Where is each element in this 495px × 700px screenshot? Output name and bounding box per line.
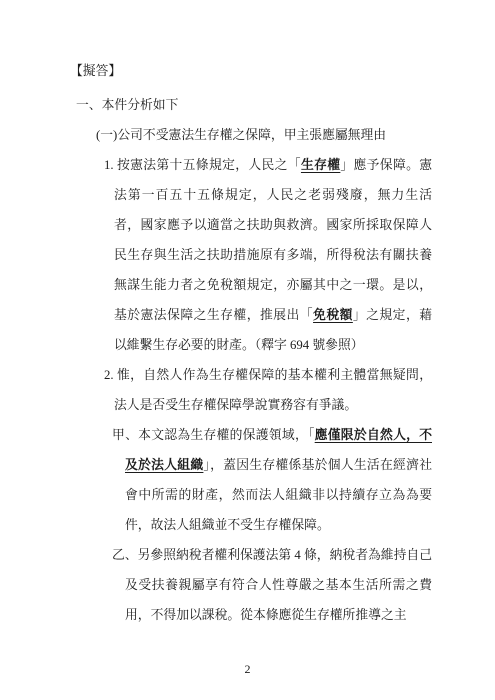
sub-item-jia-text: 本文認為生存權的保護領域，「 — [138, 428, 315, 442]
document-content: 【擬答】 一、本件分析如下 (一)公司不受憲法生存權之保障，甲主張應屬無理由 1… — [0, 56, 432, 630]
document-page: 【擬答】 一、本件分析如下 (一)公司不受憲法生存權之保障，甲主張應屬無理由 1… — [0, 0, 495, 700]
section-title: 本件分析如下 — [102, 98, 179, 112]
list-item-2: 2.惟，自然人作為生存權保障的基本權利主體當無疑問，法人是否受生存權保障學說實務… — [0, 360, 432, 420]
answer-heading: 【擬答】 — [0, 56, 432, 86]
sub-item-jia-label: 甲、 — [112, 428, 138, 442]
section-heading: 一、本件分析如下 — [0, 90, 432, 120]
subsection-label: (一) — [96, 128, 117, 142]
sub-item-jia: 甲、本文認為生存權的保護領域，「應僅限於自然人，不及於法人組織」，蓋因生存權係基… — [0, 420, 432, 540]
emphasized-term-right-to-life: 生存權 — [301, 158, 340, 172]
item-1-number: 1. — [104, 158, 114, 172]
item-2-number: 2. — [104, 368, 114, 382]
section-label: 一、 — [76, 98, 102, 112]
item-1-text: 」應予保障。憲法第一百五十五條規定，人民之老弱殘廢，無力生活者，國家應予以適當之… — [114, 158, 432, 322]
subsection-heading: (一)公司不受憲法生存權之保障，甲主張應屬無理由 — [0, 120, 432, 150]
list-item-1: 1.按憲法第十五條規定，人民之「生存權」應予保障。憲法第一百五十五條規定，人民之… — [0, 150, 432, 360]
item-1-text: 按憲法第十五條規定，人民之「 — [117, 158, 301, 172]
sub-item-yi-label: 乙、 — [112, 548, 138, 562]
item-2-text: 惟，自然人作為生存權保障的基本權利主體當無疑問，法人是否受生存權保障學說實務容有… — [114, 368, 432, 412]
sub-item-yi-text: 另參照納稅者權利保護法第 4 條，納稅者為維持自己及受扶養親屬享有符合人性尊嚴之… — [125, 548, 432, 622]
page-number: 2 — [0, 662, 495, 676]
subsection-title: 公司不受憲法生存權之保障，甲主張應屬無理由 — [117, 128, 386, 142]
sub-item-yi: 乙、另參照納稅者權利保護法第 4 條，納稅者為維持自己及受扶養親屬享有符合人性尊… — [0, 540, 432, 630]
emphasized-term-tax-exemption: 免稅額 — [313, 308, 353, 322]
